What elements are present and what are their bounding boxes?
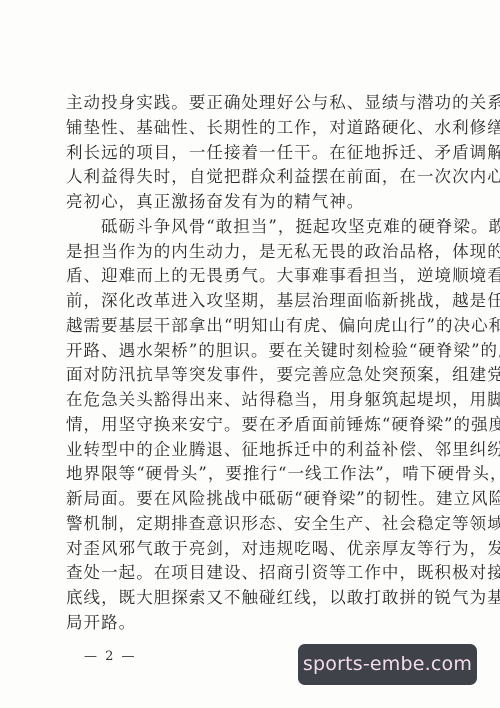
text-line: 盾、迎难而上的无畏勇气。大事难事看担当，逆境顺境看襟度。当 <box>66 264 438 289</box>
text-line: 越需要基层干部拿出“明知山有虎、偏向虎山行”的决心和“逢山 <box>66 314 438 339</box>
text-line: 对歪风邪气敢于亮剑，对违规吃喝、优亲厚友等行为，发现一起、 <box>66 537 438 562</box>
text-line: 亮初心，真正激扬奋发有为的精气神。 <box>66 190 438 215</box>
text-line: 警机制，定期排查意识形态、安全生产、社会稳定等领域风险点。 <box>66 512 438 537</box>
text-line: 人利益得失时，自觉把群众利益摆在前面，在一次次内心选择中擦 <box>66 165 438 190</box>
text-line: 利长远的项目，一任接着一任干。在征地拆迁、矛盾调解等涉及个 <box>66 141 438 166</box>
text-line: 主动投身实践。要正确处理好公与私、显绩与潜功的关系，甘于做 <box>66 91 438 116</box>
text-line: 前，深化改革进入攻坚期，基层治理面临新挑战，越是任务艰巨， <box>66 289 438 314</box>
document-body: 主动投身实践。要正确处理好公与私、显绩与潜功的关系，甘于做 铺垫性、基础性、长期… <box>66 91 438 636</box>
text-line: 砥砺斗争风骨“敢担当”，挺起攻坚克难的硬脊梁。敢担当， <box>66 215 438 240</box>
text-line: 铺垫性、基础性、长期性的工作，对道路硬化、水利修缮等打基础 <box>66 116 438 141</box>
text-line: 在危急关头豁得出来、站得稳当，用身躯筑起堤坝，用脚步丈量险 <box>66 388 438 413</box>
text-line: 是担当作为的内生动力，是无私无畏的政治品格，体现的是直面矛 <box>66 240 438 265</box>
page-number: — 2 — <box>84 649 137 664</box>
text-line: 底线，既大胆探索又不触碰红线，以敢打敢拼的锐气为基层治理破 <box>66 586 438 611</box>
text-line: 地界限等“硬骨头”，要推行“一线工作法”，啃下硬骨头，打开 <box>66 462 438 487</box>
text-line: 查处一起。在项目建设、招商引资等工作中，既积极对接又不突破 <box>66 561 438 586</box>
text-line: 情，用坚守换来安宁。要在矛盾面前锤炼“硬脊梁”的强度。对产 <box>66 413 438 438</box>
text-line: 新局面。要在风险挑战中砥砺“硬脊梁”的韧性。建立风险研判预 <box>66 487 438 512</box>
document-page: 主动投身实践。要正确处理好公与私、显绩与潜功的关系，甘于做 铺垫性、基础性、长期… <box>0 0 500 708</box>
text-line: 面对防汛抗旱等突发事件，要完善应急处突预案，组建党员突击队， <box>66 363 438 388</box>
text-line: 开路、遇水架桥”的胆识。要在关键时刻检验“硬脊梁”的成色。 <box>66 339 438 364</box>
watermark-badge: sports-embe.com <box>298 644 477 685</box>
text-line: 业转型中的企业腾退、征地拆迁中的利益补偿、邻里纠纷中的宅基 <box>66 438 438 463</box>
text-line: 局开路。 <box>66 611 438 636</box>
